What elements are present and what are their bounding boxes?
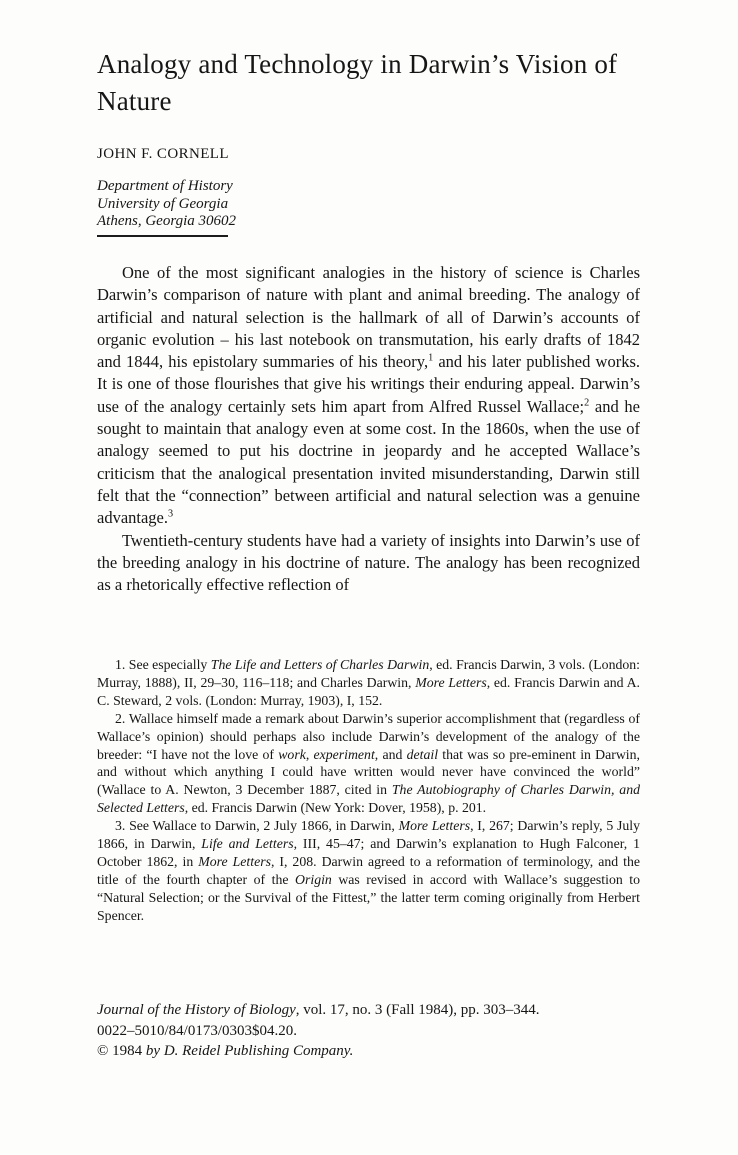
text-run: More Letters [399, 818, 470, 833]
text-run: Life and Letters [201, 836, 293, 851]
text-run: detail [407, 747, 438, 762]
text-run: by D. Reidel Publishing Company. [146, 1043, 353, 1059]
footnote-item: 2. Wallace himself made a remark about D… [97, 710, 640, 817]
text-run: experiment [314, 747, 375, 762]
text-run: work [278, 747, 306, 762]
affiliation-line-city: Athens, Georgia 30602 [97, 213, 236, 231]
issn-price-line: 0022–5010/84/0173/0303$04.20. [97, 1021, 640, 1042]
body-paragraph: One of the most significant analogies in… [97, 262, 640, 530]
text-run: , vol. 17, no. 3 (Fall 1984), pp. 303–34… [296, 1002, 540, 1018]
text-run: , and [375, 747, 407, 762]
footnote-item: 3. See Wallace to Darwin, 2 July 1866, i… [97, 817, 640, 924]
text-run: Journal of the History of Biology [97, 1002, 296, 1018]
page-title: Analogy and Technology in Darwin’s Visio… [97, 46, 632, 120]
author-affiliation: Department of History University of Geor… [97, 178, 236, 231]
author-name: JOHN F. CORNELL [97, 146, 229, 163]
text-run: Origin [295, 872, 332, 887]
body-paragraph: Twentieth-century students have had a va… [97, 530, 640, 597]
text-run: , [306, 747, 314, 762]
text-run: © 1984 [97, 1043, 146, 1059]
affiliation-divider-rule [97, 235, 228, 237]
text-run: More Letters [415, 675, 486, 690]
footnotes-block: 1. See especially The Life and Letters o… [97, 656, 640, 925]
copyright-line: © 1984 by D. Reidel Publishing Company. [97, 1041, 640, 1062]
paper-page: Analogy and Technology in Darwin’s Visio… [0, 0, 738, 1155]
article-body: One of the most significant analogies in… [97, 262, 640, 596]
text-run: 1. See especially [115, 657, 211, 672]
text-run: The Life and Letters of Charles Darwin [211, 657, 429, 672]
text-run: More Letters [198, 854, 271, 869]
affiliation-line-university: University of Georgia [97, 196, 236, 214]
text-run: Twentieth-century students have had a va… [97, 531, 640, 595]
text-run: 3. See Wallace to Darwin, 2 July 1866, i… [115, 818, 399, 833]
text-run: , ed. Francis Darwin (New York: Dover, 1… [185, 800, 486, 815]
footnote-item: 1. See especially The Life and Letters o… [97, 656, 640, 710]
journal-citation-line: Journal of the History of Biology, vol. … [97, 1000, 640, 1021]
footnote-reference-marker: 3 [168, 509, 173, 520]
text-run: and he sought to maintain that analogy e… [97, 397, 640, 527]
journal-footer: Journal of the History of Biology, vol. … [97, 1000, 640, 1062]
affiliation-line-department: Department of History [97, 178, 236, 196]
